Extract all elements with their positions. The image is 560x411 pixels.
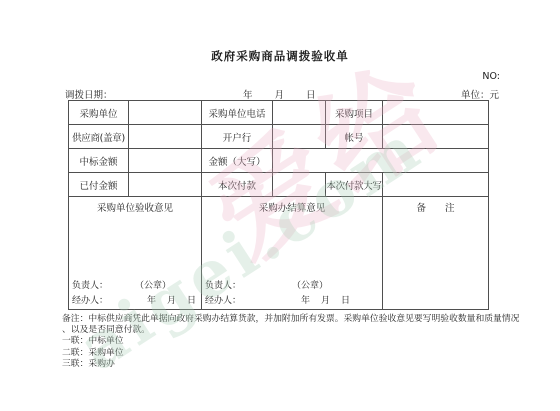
note-line: 、以及是否同意付款。 [62,325,532,336]
note-line: 备注：中标供应商凭此单据向政府采购办结算货款，并加附加所有发票。采购单位验收意见… [62,314,532,325]
bank-value-cell [273,125,326,149]
purchase-unit-value-cell [129,101,202,125]
seal-label: （公章） [292,278,328,291]
no-label: NO: [482,71,500,82]
purchase-unit-phone-value-cell [273,101,326,125]
paid-amount-value-cell [129,173,202,197]
page-title: 政府采购商品调拨验收单 [0,48,560,64]
current-payment-value-cell [273,173,326,197]
acceptance-handler-line: 经办人： 年 月 日 [69,292,201,307]
remarks-cell: 备 注 [383,197,489,310]
settlement-opinion-title: 采购办结算意见 [202,197,382,214]
paid-amount-label: 已付金额 [69,173,129,197]
account-number-value-cell [383,125,489,149]
seal-label: （公章） [135,278,171,291]
remarks-title: 备 注 [383,197,488,214]
award-amount-value-cell [129,149,202,173]
purchase-project-label: 采购项目 [326,101,383,125]
current-payment-label: 本次付款 [202,173,273,197]
current-payment-words-value-cell [383,173,489,197]
acceptance-opinion-cell: 采购单位验收意见 负责人： （公章） 经办人： 年 月 日 [69,197,202,310]
current-payment-words-label: 本次付款大写 [326,173,383,197]
settlement-responsible-line: 负责人： （公章） [202,277,382,292]
settlement-opinion-blank [202,214,382,277]
transfer-date-blank: 年 月 日 [243,87,317,101]
purchase-unit-phone-label: 采购单位电话 [202,101,273,125]
account-number-label: 帐号 [326,125,383,149]
purchase-project-value-cell [383,101,489,125]
acceptance-date-blank: 年 月 日 [147,293,198,306]
acceptance-opinion-title: 采购单位验收意见 [69,197,201,214]
transfer-date-label: 调拨日期： [65,87,113,101]
settlement-opinion-cell: 采购办结算意见 负责人： （公章） 经办人： 年 月 日 [202,197,383,310]
note-line-copy3: 三联：采购办 [62,359,532,370]
table-row-paid-amount: 已付金额 本次付款 本次付款大写 [69,173,489,197]
settlement-date-blank: 年 月 日 [301,293,379,306]
responsible-label: 负责人： [205,278,241,291]
purchase-unit-label: 采购单位 [69,101,129,125]
supplier-seal-label: 供应商(盖章) [69,125,129,149]
handler-label: 经办人： [205,293,241,306]
table-row-opinions: 采购单位验收意见 负责人： （公章） 经办人： 年 月 日 [69,197,489,310]
acceptance-form-table: 采购单位 采购单位电话 采购项目 供应商(盖章) 开户行 帐号 中标金额 金额（… [68,100,489,310]
table-row-supplier: 供应商(盖章) 开户行 帐号 [69,125,489,149]
responsible-label: 负责人： [72,278,108,291]
remarks-blank [383,214,488,309]
note-line-copy1: 一联：中标单位 [62,336,532,347]
table-row-award-amount: 中标金额 金额（大写） [69,149,489,173]
scanned-form-page: 爱给 aigei.com 政府采购商品调拨验收单 NO: 调拨日期： 年 月 日… [0,0,560,411]
table-row-purchase-unit: 采购单位 采购单位电话 采购项目 [69,101,489,125]
settlement-handler-line: 经办人： 年 月 日 [202,292,382,307]
note-line-copy2: 二联：采购单位 [62,348,532,359]
supplier-value-cell [129,125,202,149]
amount-in-words-label: 金额（大写） [202,149,273,173]
acceptance-opinion-blank [69,214,201,277]
amount-in-words-value-cell [273,149,489,173]
handler-label: 经办人： [72,293,108,306]
footer-notes: 备注：中标供应商凭此单据向政府采购办结算货款，并加附加所有发票。采购单位验收意见… [62,314,532,370]
meta-line: 调拨日期： 年 月 日 单位：元 [0,87,560,100]
unit-label: 单位：元 [461,87,499,101]
bank-label: 开户行 [202,125,273,149]
award-amount-label: 中标金额 [69,149,129,173]
acceptance-responsible-line: 负责人： （公章） [69,277,201,292]
